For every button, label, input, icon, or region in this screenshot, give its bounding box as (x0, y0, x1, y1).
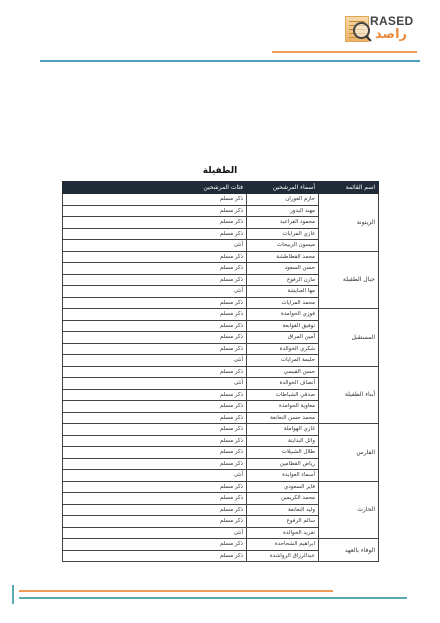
table-header-row: اسم القائمة أسماء المرشحين فئات المرشحين (63, 182, 379, 194)
candidate-name-cell: محمود القراعيد (247, 217, 319, 229)
candidates-table: اسم القائمة أسماء المرشحين فئات المرشحين… (62, 181, 379, 562)
candidate-category-cell: ذكر مسلم (63, 424, 247, 436)
candidate-name-cell: وليد النعانعة (247, 504, 319, 516)
candidate-name-cell: مازن الرفوع (247, 274, 319, 286)
candidate-name-cell: محمد المرايات (247, 297, 319, 309)
candidate-name-cell: أمين المراق (247, 332, 319, 344)
candidate-name-cell: صدقي الشباطات (247, 389, 319, 401)
candidate-category-cell: ذكر مسلم (63, 194, 247, 206)
list-name-cell: الزيتونة (319, 194, 379, 252)
candidate-category-cell: ذكر مسلم (63, 251, 247, 263)
candidate-category-cell: ذكر مسلم (63, 332, 247, 344)
logo-text-ar: راصد (375, 27, 407, 42)
candidate-name-cell: محمد الكريمين (247, 493, 319, 505)
candidate-category-cell: ذكر مسلم (63, 481, 247, 493)
candidate-name-cell: محمد القطاطشة (247, 251, 319, 263)
candidate-category-cell: ذكر مسلم (63, 550, 247, 562)
candidate-name-cell: تغريد الخوالدة (247, 527, 319, 539)
table-row: الزيتونةحازم العورانذكر مسلم (63, 194, 379, 206)
candidate-name-cell: مها العبايشة (247, 286, 319, 298)
candidate-name-cell: غازي الهواملة (247, 424, 319, 436)
candidate-category-cell: أنثى (63, 470, 247, 482)
candidate-category-cell: ذكر مسلم (63, 504, 247, 516)
table-row: أبناء الطفيلةحسن القيسيذكر مسلم (63, 366, 379, 378)
candidate-category-cell: ذكر مسلم (63, 274, 247, 286)
candidate-name-cell: محمد حسن النعانعة (247, 412, 319, 424)
candidate-category-cell: ذكر مسلم (63, 366, 247, 378)
candidate-category-cell: ذكر مسلم (63, 493, 247, 505)
candidate-category-cell: ذكر مسلم (63, 458, 247, 470)
candidate-category-cell: ذكر مسلم (63, 447, 247, 459)
candidate-category-cell: أنثى (63, 355, 247, 367)
table-row: جبال الطفيلةمحمد القطاطشةذكر مسلم (63, 251, 379, 263)
header-divider-orange (272, 51, 417, 53)
candidate-name-cell: حسن السعود (247, 263, 319, 275)
candidate-name-cell: معاوية الحوامدة (247, 401, 319, 413)
candidate-category-cell: ذكر مسلم (63, 228, 247, 240)
table-row: الفارسغازي الهواملةذكر مسلم (63, 424, 379, 436)
list-name-cell: الفارس (319, 424, 379, 482)
candidate-category-cell: أنثى (63, 378, 247, 390)
candidate-name-cell: مهند البدور (247, 205, 319, 217)
candidate-name-cell: أنصاف الخوالدة (247, 378, 319, 390)
header-list-name: اسم القائمة (319, 182, 379, 194)
page-title: الطفيلة (62, 166, 378, 176)
candidate-name-cell: ابراهيم الشحاحدة (247, 539, 319, 551)
candidate-category-cell: أنثى (63, 527, 247, 539)
logo-text-en: RASED (370, 14, 414, 28)
candidate-category-cell: ذكر مسلم (63, 516, 247, 528)
list-name-cell: الحارث (319, 481, 379, 539)
list-name-cell: جبال الطفيلة (319, 251, 379, 309)
table-row: الوفاء بالعهدابراهيم الشحاحدةذكر مسلم (63, 539, 379, 551)
candidate-category-cell: ذكر مسلم (63, 320, 247, 332)
candidate-name-cell: طلال الشبيلات (247, 447, 319, 459)
candidate-name-cell: ميسون الربيحات (247, 240, 319, 252)
footer-divider-blue (19, 597, 407, 599)
footer-divider-orange (19, 590, 333, 592)
candidate-category-cell: ذكر مسلم (63, 297, 247, 309)
list-name-cell: المستقبل (319, 309, 379, 367)
candidate-category-cell: أنثى (63, 286, 247, 298)
candidate-category-cell: أنثى (63, 240, 247, 252)
candidate-name-cell: فايز السعودي (247, 481, 319, 493)
list-name-cell: أبناء الطفيلة (319, 366, 379, 424)
candidate-name-cell: حازم العوران (247, 194, 319, 206)
candidate-category-cell: ذكر مسلم (63, 343, 247, 355)
list-name-cell: الوفاء بالعهد (319, 539, 379, 562)
candidate-category-cell: ذكر مسلم (63, 205, 247, 217)
candidate-name-cell: أسماء العوايدة (247, 470, 319, 482)
candidate-category-cell: ذكر مسلم (63, 401, 247, 413)
rased-logo: RASED راصد (345, 14, 417, 44)
candidate-name-cell: حسن القيسي (247, 366, 319, 378)
candidate-name-cell: عبدالرزاق الرواشدة (247, 550, 319, 562)
candidate-name-cell: فوزي الحوامدة (247, 309, 319, 321)
header-candidate-categories: فئات المرشحين (63, 182, 247, 194)
candidate-category-cell: ذكر مسلم (63, 263, 247, 275)
candidate-category-cell: ذكر مسلم (63, 217, 247, 229)
footer-bar (12, 585, 14, 604)
candidate-category-cell: ذكر مسلم (63, 389, 247, 401)
candidate-name-cell: توفيق القوابعة (247, 320, 319, 332)
table-body: الزيتونةحازم العورانذكر مسلممهند البدورذ… (63, 194, 379, 562)
candidate-name-cell: رياض القطامين (247, 458, 319, 470)
candidate-name-cell: غازي المرايات (247, 228, 319, 240)
candidate-name-cell: سالم الرفوع (247, 516, 319, 528)
header-divider-blue (40, 60, 420, 62)
table-row: المستقبلفوزي الحوامدةذكر مسلم (63, 309, 379, 321)
table-row: الحارثفايز السعوديذكر مسلم (63, 481, 379, 493)
candidate-category-cell: ذكر مسلم (63, 412, 247, 424)
header-candidate-names: أسماء المرشحين (247, 182, 319, 194)
candidate-name-cell: حليمة المرايات (247, 355, 319, 367)
candidate-category-cell: ذكر مسلم (63, 435, 247, 447)
candidate-name-cell: وائل البداينة (247, 435, 319, 447)
candidate-category-cell: ذكر مسلم (63, 309, 247, 321)
candidate-name-cell: شكري الخوالدة (247, 343, 319, 355)
candidate-category-cell: ذكر مسلم (63, 539, 247, 551)
